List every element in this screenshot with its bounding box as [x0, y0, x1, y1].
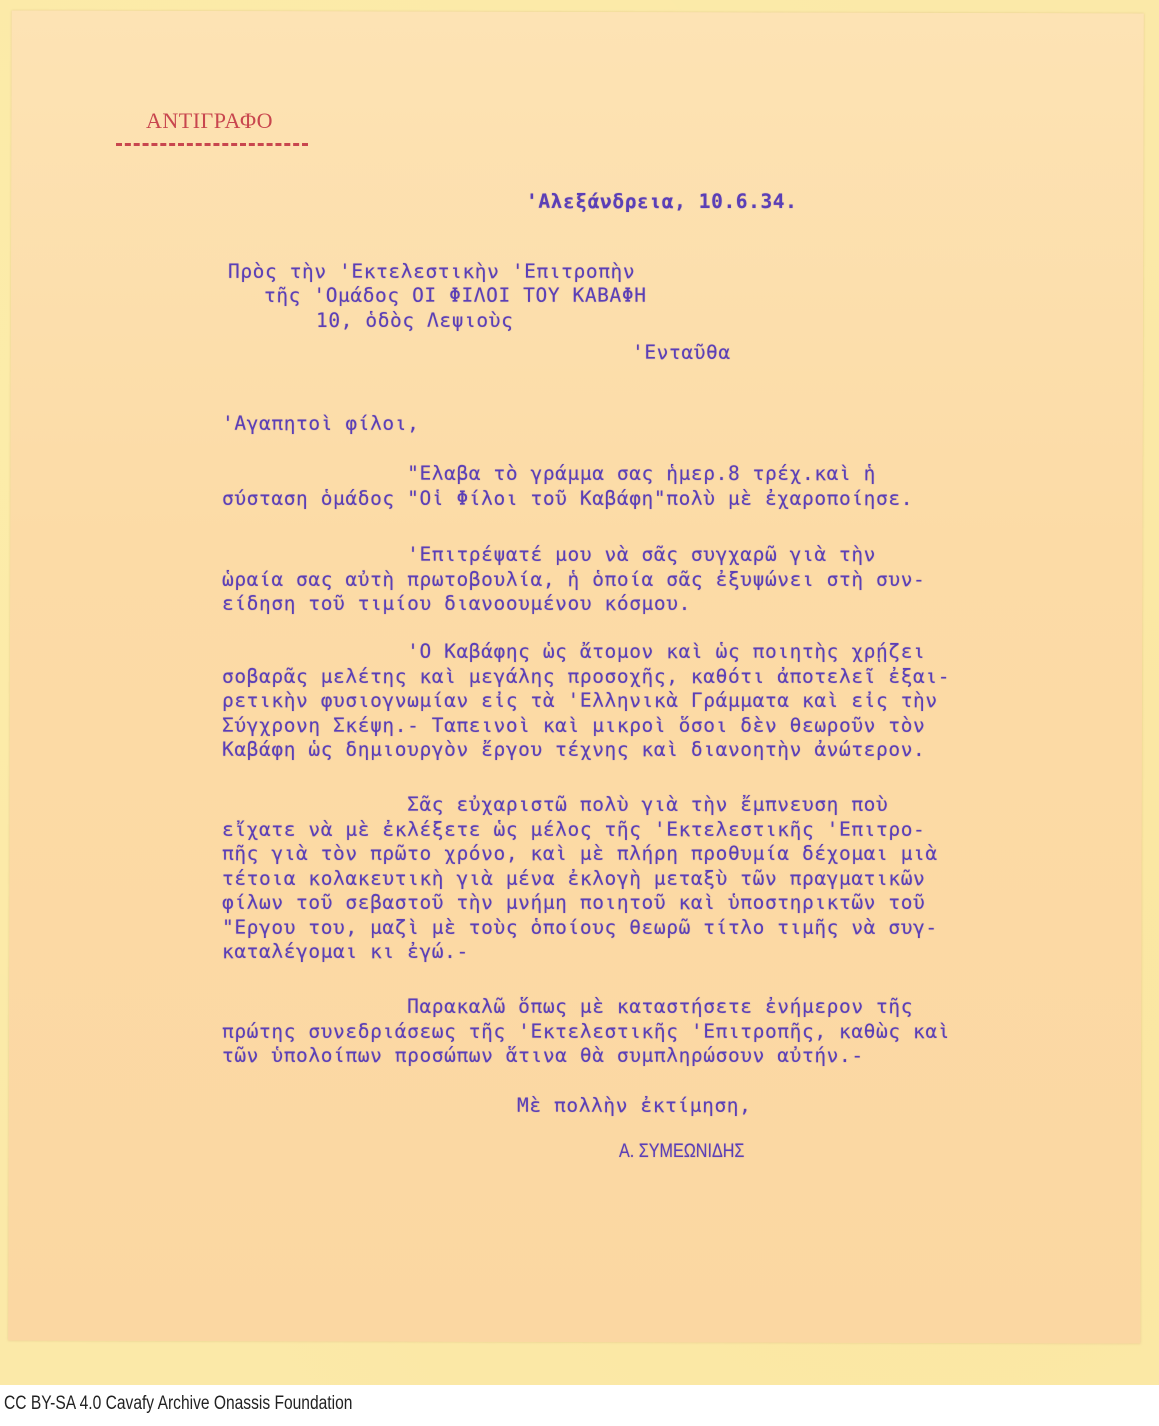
- address-line-3: 10, ὁδὸς Λεψιοὺς: [316, 309, 513, 334]
- copy-stamp-label: ΑΝΤΙΓΡΑΦΟ: [146, 108, 273, 134]
- place-date: 'Αλεξάνδρεια, 10.6.34.: [526, 190, 797, 215]
- paragraph-1: "Ελαβα τὸ γράμμα σας ἡμερ.8 τρέχ.καὶ ἡ σ…: [222, 462, 913, 511]
- signature: Α. ΣΥΜΕΩΝΙΔΗΣ: [619, 1141, 744, 1163]
- address-line-2: τῆς 'Ομάδος ΟΙ ΦΙΛΟΙ ΤΟΥ ΚΑΒΑΦΗ: [264, 284, 647, 309]
- paragraph-2: 'Επιτρέψατέ μου νὰ σᾶς συγχαρῶ γιὰ τὴν ὡ…: [222, 543, 925, 617]
- copy-underline: [116, 143, 308, 146]
- paragraph-5: Παρακαλῶ ὅπως μὲ καταστήσετε ἐνήμερον τῆ…: [222, 995, 950, 1069]
- paragraph-4: Σᾶς εὐχαριστῶ πολὺ γιὰ τὴν ἔμπνευση ποὺ …: [222, 793, 938, 965]
- address-line-1: Πρὸς τὴν 'Εκτελεστικὴν 'Επιτροπὴν: [228, 260, 635, 285]
- salutation: 'Αγαπητοὶ φίλοι,: [222, 412, 419, 437]
- paragraph-3: 'Ο Καβάφης ὡς ἄτομον καὶ ὡς ποιητὴς χρῄζ…: [222, 640, 950, 763]
- license-credit: CC BY-SA 4.0 Cavafy Archive Onassis Foun…: [4, 1393, 352, 1415]
- address-line-4: 'Ενταῦθα: [632, 341, 731, 366]
- closing: Μὲ πολλὴν ἐκτίμηση,: [517, 1094, 751, 1119]
